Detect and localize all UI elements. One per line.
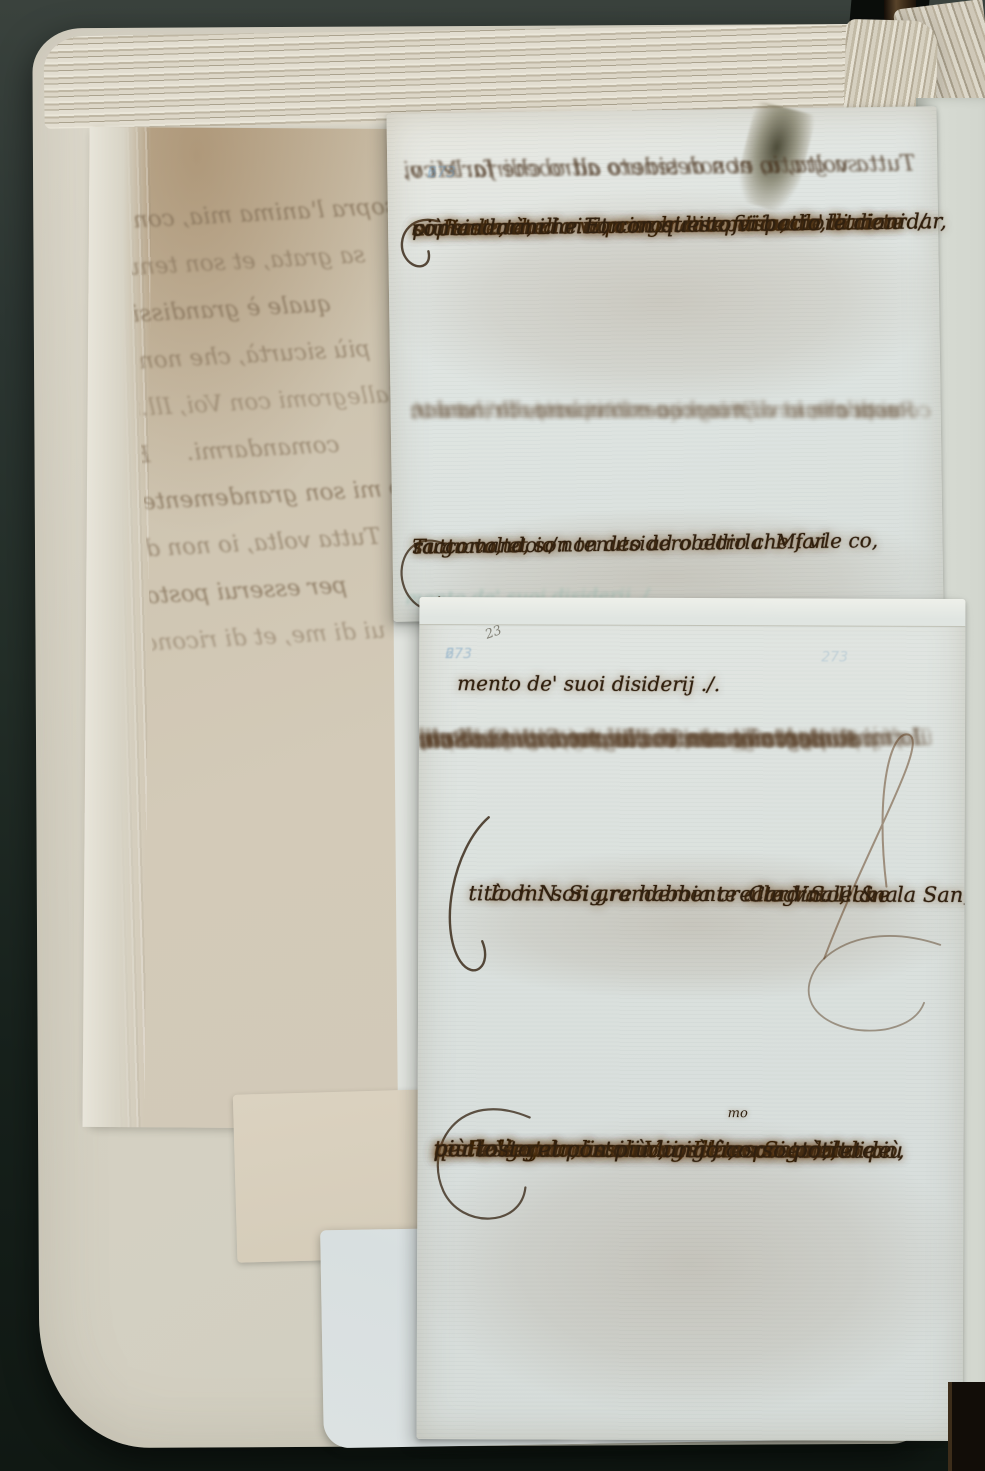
pencil-mark: 23 [483,623,504,643]
lower-manuscript-leaf: 23 273 6 273 mento de' suoi disiderij ./… [417,597,966,1441]
manuscript-line: comandarmi. Et con questo vi bacio le ma… [412,202,933,247]
archive-photo: sopra l'anima mia, con manco rispetto, e… [0,0,985,1471]
flourish-stroke [816,726,939,962]
bottom-right-binding [948,1382,985,1471]
bleedthrough-line: sa grata, et son tenuto ad obedirla. Mi … [403,143,899,194]
bleedthrough-text-block: Rallegromi con Voi, Ill.mo Sig.re, di co… [419,715,965,717]
left-page: sopra l'anima mia, con manco rispetto, e… [83,127,426,1129]
foliation-number-faint: 273 [821,650,848,665]
bleedthrough-line: comandarmi. Et con questo vi bacio le ma… [410,392,931,429]
superscript-abbreviation: mo [728,1106,748,1121]
manuscript-line: mento de' suoi disiderij ./. [457,671,720,696]
manuscript-line: Cardinale &. [448,875,884,913]
bleedthrough-text-block: Tutta volta, io non desidero altro che f… [403,142,919,149]
flourish-stroke [790,928,946,1045]
fold-crease [419,597,965,627]
upper-manuscript-leaf: Tutta volta, io non desidero altro che f… [386,106,943,622]
foliation-letter: 6 [445,647,454,662]
bleedthrough-text-block: sopra l'anima mia, con manco rispetto, e… [128,183,430,837]
manuscript-line: più tosto et con più lungo corso potrete [433,1127,875,1174]
manuscript-line: raccomando ./. [412,525,619,566]
foliation-letter: 6 [427,165,437,181]
